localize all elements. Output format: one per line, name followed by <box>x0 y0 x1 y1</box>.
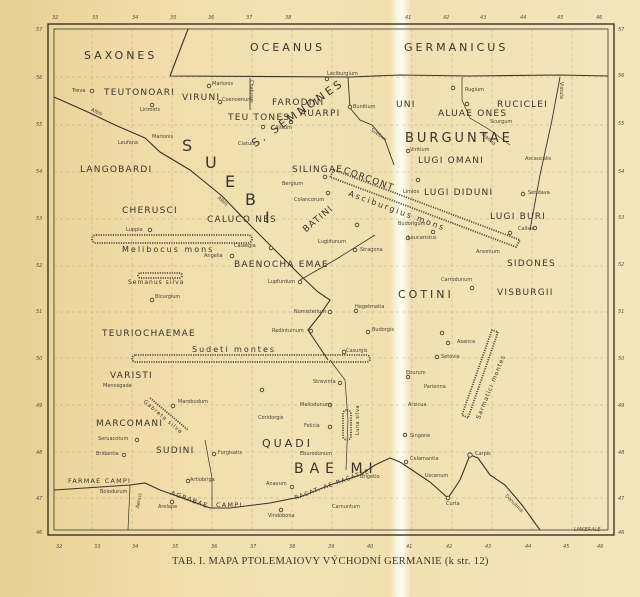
tribe-lugi-diduni: LUGI DIDUNI <box>424 189 493 198</box>
town-label: Anavum <box>266 482 287 487</box>
town-label: Boiodurum <box>100 490 127 495</box>
town-label: Marionis <box>152 135 173 140</box>
town-label: Redintuinum <box>272 329 304 334</box>
town-label: Lirimiris <box>140 108 160 113</box>
suebi-letter: U <box>205 155 217 171</box>
suebi-letter: E <box>225 174 235 190</box>
tick-label: 54 <box>36 170 42 175</box>
town-label: Meliodunum <box>300 403 331 408</box>
tick-label: 38 <box>285 16 291 21</box>
town-label: Setidava <box>528 191 550 196</box>
town-label: Calisia <box>518 227 534 232</box>
town-label: Celamantia <box>410 457 439 462</box>
tribe-teutonoari: TEUTONOARI <box>104 89 175 98</box>
tick-label: 50 <box>618 357 624 362</box>
town-label: Calaegia <box>234 244 256 249</box>
tick-label: 37 <box>246 16 252 21</box>
town-label: Eburum <box>406 371 426 376</box>
tick-label: 46 <box>36 531 42 536</box>
tick-label: 41 <box>405 16 411 21</box>
town-label: Lupfurdum <box>268 280 295 285</box>
town-label: Bridantia <box>96 452 119 457</box>
town-label: Laciburgium <box>327 72 358 77</box>
tick-label: 53 <box>36 217 42 222</box>
town-label: Ascaucalis <box>525 157 551 162</box>
town-label: Leucaristus <box>408 236 437 241</box>
tick-label: 42 <box>443 16 449 21</box>
suebi-letter: S <box>182 138 192 154</box>
tribe-silingae: SILINGAE <box>292 166 343 175</box>
town-label: Curta <box>446 502 460 507</box>
tick-label: 55 <box>36 123 42 128</box>
tick-label: 43 <box>485 545 491 550</box>
tribe-campi: CAMPI <box>216 502 242 509</box>
tick-label: 44 <box>525 545 531 550</box>
town-label: Ciatuia <box>238 142 256 147</box>
tick-label: 35 <box>172 545 178 550</box>
tick-label: 44 <box>520 16 526 21</box>
tick-label: 50 <box>36 357 42 362</box>
tick-label: 38 <box>289 545 295 550</box>
tick-label: 32 <box>52 16 58 21</box>
town-label: Angelia <box>204 254 223 259</box>
town-label: Setovia <box>441 355 460 360</box>
mountain-sudeti: Sudeti montes <box>192 346 276 354</box>
tribe-lugi-buri: LUGI BURI <box>490 213 546 222</box>
suebi-letter: I <box>265 210 270 226</box>
scale-note: LMKERALE <box>574 528 600 533</box>
tribe-burguntae: BURGUNTAE <box>405 132 513 145</box>
town-label: Treva <box>72 89 85 94</box>
tick-label: 33 <box>92 16 98 21</box>
town-label: Coenoenum <box>222 98 252 103</box>
tick-label: 39 <box>328 545 334 550</box>
town-label: Rugium <box>465 88 484 93</box>
town-label: Nomisterium <box>294 310 326 315</box>
tick-label: 52 <box>618 263 624 268</box>
tribe-rutiklioi: UNI <box>396 101 416 110</box>
town-label: Alisum <box>275 126 292 131</box>
town-label: Arsicua <box>408 403 426 408</box>
tick-label: 41 <box>406 545 412 550</box>
tick-label: 57 <box>618 28 624 33</box>
tick-label: 57 <box>36 28 42 33</box>
tribe-marcomani: MARCOMANI <box>96 420 163 429</box>
map-caption: TAB. I. MAPA PTOLEMAIOVY VÝCHODNÍ GERMAN… <box>172 556 489 567</box>
tick-label: 48 <box>36 451 42 456</box>
tick-label: 54 <box>618 170 624 175</box>
tick-label: 33 <box>94 545 100 550</box>
tick-label: 56 <box>618 74 624 79</box>
town-label: Arsonium <box>476 250 500 255</box>
town-label: Parienna <box>424 385 446 390</box>
town-label: Eburodunum <box>300 452 332 457</box>
tribe-cherusci: CHERUSCI <box>122 207 178 216</box>
mountain-melibocus: Melibocus mons <box>122 246 214 254</box>
tick-label: 35 <box>170 16 176 21</box>
tick-label: 47 <box>618 497 624 502</box>
tick-label: 34 <box>132 16 138 21</box>
coastline <box>170 29 608 77</box>
tick-label: 49 <box>36 404 42 409</box>
town-label: Coridorgis <box>258 416 283 421</box>
town-label: Singone <box>410 434 430 439</box>
town-label: Stragona <box>360 248 383 253</box>
tribe-visburgii: VISBURGII <box>497 289 554 298</box>
town-label: Bergium <box>282 182 303 187</box>
town-label: Uscenum <box>425 474 448 479</box>
tribe-farmae-campi: FARMAE CAMPI <box>68 478 131 485</box>
town-label: Arelape <box>158 505 177 510</box>
town-label: Casurgis <box>346 349 367 354</box>
tribe-lugi-omani: LUGI OMANI <box>418 157 484 166</box>
sea-label-germanicus: GERMANICUS <box>404 42 508 53</box>
tribe-langobardi: LANGOBARDI <box>80 166 152 175</box>
town-label: Bicurgium <box>155 295 180 300</box>
town-label: Carrodunum <box>441 278 472 283</box>
town-label: Strevinta <box>313 380 336 385</box>
town-label: Bunitium <box>353 105 376 110</box>
town-label: Limios <box>403 190 419 195</box>
tick-label: 51 <box>618 310 624 315</box>
tribe-sidones: SIDONES <box>507 260 556 269</box>
tick-label: 46 <box>596 16 602 21</box>
river-suebus <box>348 77 394 165</box>
tick-label: 47 <box>36 497 42 502</box>
tribe-aluaeones: ALUAE ONES <box>438 110 507 119</box>
tick-label: 53 <box>618 216 624 221</box>
tick-label: 55 <box>618 122 624 127</box>
town-label: Viritium <box>410 148 430 153</box>
tick-label: 37 <box>250 545 256 550</box>
suebi-letter: B <box>245 192 256 208</box>
tick-label: 34 <box>132 545 138 550</box>
tribe-teuriochaemae: TEURIOCHAEMAE <box>102 330 196 339</box>
tick-label: 32 <box>56 545 62 550</box>
town-label: Scurgum <box>490 120 512 125</box>
tick-label: 36 <box>211 545 217 550</box>
tick-label: 45 <box>563 545 569 550</box>
river-label-vistula: Vistula <box>558 82 563 99</box>
town-label: Felicia <box>304 424 320 429</box>
tribe-quadi: QUADI <box>262 438 313 449</box>
town-label: Budorgis <box>372 328 394 333</box>
town-label: Carnuntum <box>332 505 360 510</box>
town-label: Marionis <box>212 82 233 87</box>
town-label: Asanca <box>457 340 475 345</box>
town-label: Colancorum <box>294 198 324 203</box>
town-label: Carpis <box>475 452 491 457</box>
tick-label: 45 <box>557 16 563 21</box>
tick-label: 42 <box>446 545 452 550</box>
town-label: Luppia <box>126 228 143 233</box>
sea-label-oceanus: OCEANUS <box>250 42 325 53</box>
tick-label: 48 <box>618 451 624 456</box>
tick-label: 49 <box>618 404 624 409</box>
tribe-baenochaemae: BAENOCHA EMAE <box>234 261 329 270</box>
tick-label: 52 <box>36 264 42 269</box>
town-label: Menosgada <box>103 384 132 389</box>
town-label: Leufana <box>118 141 138 146</box>
town-label: Brigetio <box>360 475 380 480</box>
tick-label: 36 <box>208 16 214 21</box>
mountain-semanus: Semanus silva <box>128 280 184 286</box>
tribe-viruni: VIRUNI <box>182 94 220 103</box>
tick-label: 51 <box>36 310 42 315</box>
tick-label: 40 <box>367 545 373 550</box>
town-label: Artiobriga <box>190 478 215 483</box>
town-label: Marobudum <box>178 400 208 405</box>
town-label: Hegetmatia <box>355 305 384 310</box>
mountain-luna: Luna silva <box>356 405 361 435</box>
tick-label: 43 <box>480 16 486 21</box>
town-label: Vindobona <box>268 514 295 519</box>
river-albis <box>54 97 330 360</box>
town-label: Lugidunum <box>318 240 346 245</box>
tribe-varisti: VARISTI <box>110 372 153 381</box>
tick-label: 46 <box>597 545 603 550</box>
town-label: Budorigum <box>398 222 426 227</box>
tribe-sudini: SUDINI <box>156 447 194 456</box>
town-label: Furgisatis <box>218 451 242 456</box>
tick-label: 56 <box>36 76 42 81</box>
tick-label: 46 <box>618 531 624 536</box>
town-label: Seruacotum <box>98 437 128 442</box>
tribe-cotini: COTINI <box>398 289 454 300</box>
tribe-saxones: SAXONES <box>84 50 157 61</box>
